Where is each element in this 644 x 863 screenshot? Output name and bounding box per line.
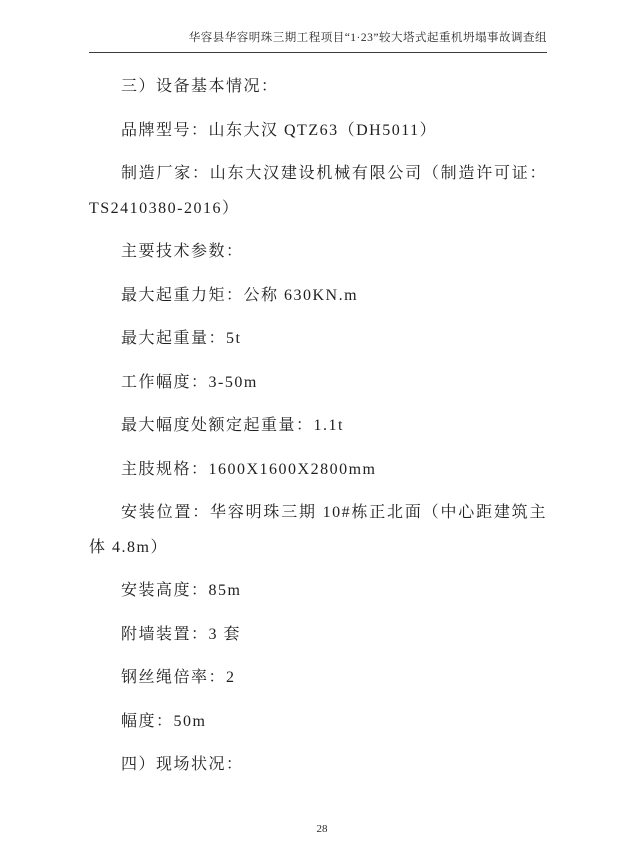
paragraph-rated-load-at-max-radius: 最大幅度处额定起重量：1.1t: [89, 409, 547, 444]
paragraph-site-condition-heading: 四）现场状况：: [89, 748, 547, 783]
paragraph-radius: 幅度：50m: [89, 705, 547, 740]
paragraph-brand-model: 品牌型号：山东大汉 QTZ63（DH5011）: [89, 114, 547, 149]
paragraph-main-chord-spec: 主肢规格：1600X1600X2800mm: [89, 453, 547, 488]
paragraph-max-load: 最大起重量：5t: [89, 322, 547, 357]
paragraph-manufacturer: 制造厂家：山东大汉建设机械有限公司（制造许可证：TS2410380-2016）: [89, 157, 547, 226]
document-body: 三）设备基本情况： 品牌型号：山东大汉 QTZ63（DH5011） 制造厂家：山…: [89, 70, 547, 792]
document-page: 华容县华容明珠三期工程项目“1·23”较大塔式起重机坍塌事故调查组 三）设备基本…: [0, 0, 644, 863]
paragraph-install-position: 安装位置：华容明珠三期 10#栋正北面（中心距建筑主体 4.8m）: [89, 496, 547, 565]
paragraph-working-radius: 工作幅度：3-50m: [89, 366, 547, 401]
paragraph-rope-ratio: 钢丝绳倍率：2: [89, 661, 547, 696]
page-footer: 28: [0, 823, 644, 835]
header-rule: [89, 52, 547, 53]
page-number: 28: [317, 823, 328, 835]
paragraph-install-height: 安装高度：85m: [89, 574, 547, 609]
document-header: 华容县华容明珠三期工程项目“1·23”较大塔式起重机坍塌事故调查组: [89, 29, 547, 45]
paragraph-wall-ties: 附墙装置：3 套: [89, 618, 547, 653]
paragraph-section-heading: 三）设备基本情况：: [89, 70, 547, 105]
paragraph-tech-params-heading: 主要技术参数：: [89, 235, 547, 270]
paragraph-max-moment: 最大起重力矩：公称 630KN.m: [89, 279, 547, 314]
